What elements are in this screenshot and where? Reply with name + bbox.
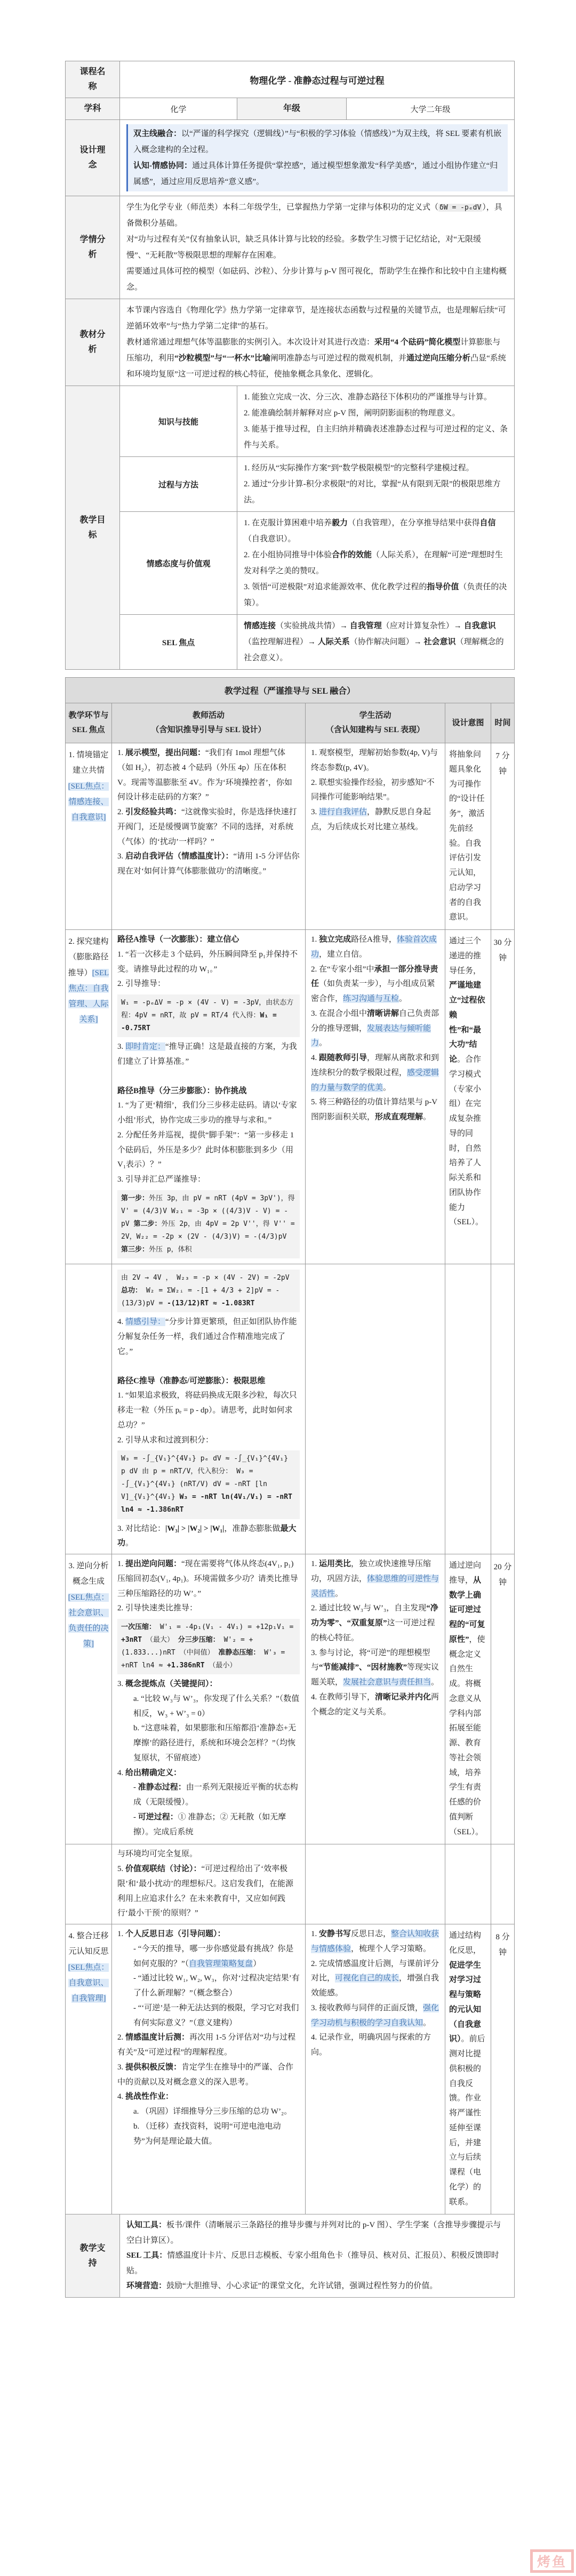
teacher-3-cell: 1. 提出逆向问题：“现在需要将气体从终态(4V₁, p₁)压缩回初态(V₁, … (112, 1554, 306, 1844)
teacher-3b-cell: 与环境均可完全复原。5. 价值观联结（讨论）：“可逆过程给出了‘效率极限’和‘最… (112, 1844, 306, 1924)
para: 环境营造：鼓励“大胆推导、小心求证”的课堂文化，允许试错，强调过程性努力的价值。 (126, 2278, 508, 2294)
para: 2. 探究建构（膨胀路径推导）[SEL焦点：自我管理、人际关系] (68, 934, 109, 1028)
goal-process-row: 过程与方法 1. 经历从“实际操作方案”到“数学极限模型”的完整科学建模过程。2… (66, 457, 515, 512)
teaching-support-label: 教学支持 (66, 2214, 120, 2298)
para: 2. 完成情感温度计后测，与课前评分对比，可视化自己的成长，增强自我效能感。 (311, 1957, 439, 2001)
teacher-2-cell: 路径A推导（一次膨胀）：建立信心1. “若一次移走 3 个砝码，外压瞬间降至 p… (112, 930, 306, 1264)
para: 路径B推导（分三步膨胀）：协作挑战 (117, 1084, 300, 1099)
para: 2. 引发经验共鸣：“这就像实验时，你是选择快速打开阀门，还是缓慢调节旋塞？不同… (117, 805, 300, 849)
para: 4. 整合迁移 元认知反思 [SEL焦点：自我意识、自我管理] (68, 1929, 109, 2007)
para: 1. 在克服计算困难中培养毅力（自我管理），在分享推导结果中获得自信（自我意识）… (244, 515, 508, 547)
intent-2-cell: 通过三个递进的推导任务，严谨地建立“过程依赖性”和“最大功”结论。合作学习模式（… (445, 930, 491, 1264)
goal-sel-label: SEL 焦点 (120, 615, 237, 670)
process-row-2: 2. 探究建构（膨胀路径推导）[SEL焦点：自我管理、人际关系] 路径A推导（一… (66, 930, 515, 1264)
para: 由 2V → 4V ， W₂₃ = -p × (4V - 2V) = -2pV … (117, 1270, 300, 1312)
para: 路径A推导（一次膨胀）：建立信心 (117, 933, 300, 948)
para: W₁ = -pₑΔV = -p × (4V - V) = -3pV，由状态方程：… (117, 994, 300, 1037)
process-header-row: 教学环节与 SEL 焦点 教师活动 （含知识推导引导与 SEL 设计） 学生活动… (66, 703, 515, 743)
para: 教材通常通过理想气体等温膨胀的实例引入。本次设计对其进行改造：采用“4 个砝码”… (126, 334, 508, 382)
lesson-plan-document: 课程名称 物理化学 - 准静态过程与可逆过程 学科 化学 年级 大学二年级 设计… (65, 61, 514, 2298)
para: 1. 独立完成路径A推导，体验首次成功，建立自信。 (311, 933, 439, 962)
para: 本节课内容选自《物理化学》热力学第一定律章节，是连接状态函数与过程量的关键节点，… (126, 302, 508, 334)
design-philosophy-cell: 双主线融合：以“严谨的科学探究（逻辑线）”与“积极的学习体验（情感线）”为双主线… (120, 120, 515, 196)
teaching-support-table: 教学支持 认知工具：板书/课件（清晰展示三条路径的推导步骤与并列对比的 p-V … (65, 2214, 515, 2298)
stage-3-cell: 3. 逆向分析 概念生成 [SEL焦点：社会意识、负责任的决策] (66, 1554, 112, 1844)
para: 4. 情感引导：“分步计算更繁琐，但正如团队协作能分解复杂任务一样，我们通过合作… (117, 1315, 300, 1359)
student-4-cell: 1. 安静书写反思日志，整合认知收获与情感体验，梳理个人学习策略。2. 完成情感… (306, 1924, 445, 2214)
para: 对“功与过程有关”仅有抽象认识，缺乏具体计算与比较的经验。多数学生习惯于记忆结论… (126, 231, 508, 263)
goal-affect-label: 情感态度与价值观 (120, 512, 237, 615)
para: 1. 安静书写反思日志，整合认知收获与情感体验，梳理个人学习策略。 (311, 1927, 439, 1957)
para: 3. 对比结论：|W₃| > |W₂| > |W₁|，准静态膨胀做最大功。 (117, 1522, 300, 1552)
para: 4. 跟随教师引导，理解从离散求和到连续积分的数学极限过程，感受逻辑的力量与数学… (311, 1051, 439, 1095)
para: - “‘可逆’是一种无法达到的极限，学习它对我们有何实际意义？”（意义建构） (117, 2001, 300, 2031)
time-3b-cell (491, 1844, 515, 1924)
para: 2. 引导推导： (117, 977, 300, 992)
para: 2. 分配任务并巡视，提供“脚手架”：“第一步移走 1 个砝码后，外压是多少？此… (117, 1128, 300, 1173)
subject-label: 学科 (66, 98, 120, 120)
process-row-3: 3. 逆向分析 概念生成 [SEL焦点：社会意识、负责任的决策] 1. 提出逆向… (66, 1554, 515, 1844)
time-2-value: 30 分钟 (492, 935, 513, 967)
watermark-seal-text: 烤鱼 (537, 2551, 567, 2571)
para: 4. 给出精确定义： (117, 1766, 300, 1781)
goal-process-cell: 1. 经历从“实际操作方案”到“数学极限模型”的完整科学建模过程。2. 通过“分… (237, 457, 515, 512)
teaching-support-cell: 认知工具：板书/课件（清晰展示三条路径的推导步骤与并列对比的 p-V 图）、学生… (120, 2214, 515, 2298)
student-3-cell: 1. 运用类比，独立或快速推导压缩功，巩固方法，体验思维的可逆性与灵活性。2. … (306, 1554, 445, 1844)
time-3-cell: 20 分钟 (491, 1554, 515, 1844)
process-row-2-continued: 由 2V → 4V ， W₂₃ = -p × (4V - 2V) = -2pV … (66, 1264, 515, 1554)
teaching-goals-label: 教学目标 (66, 386, 120, 670)
para: 1. 展示模型，提出问题：“我们有 1mol 理想气体（如 H₂），初态被 4 … (117, 746, 300, 805)
para: 3. 在混合小组中清晰讲解自己负责部分的推导逻辑，发展表达与倾听能力。 (311, 1007, 439, 1051)
teacher-2b-cell: 由 2V → 4V ， W₂₃ = -p × (4V - 2V) = -2pV … (112, 1264, 306, 1554)
teaching-support-row: 教学支持 认知工具：板书/课件（清晰展示三条路径的推导步骤与并列对比的 p-V … (66, 2214, 515, 2298)
student-1-cell: 1. 观察模型，理解初始参数(4p, V)与终态参数(p, 4V)。2. 联想实… (306, 743, 445, 930)
para: 2. 能准确绘制并解释对应 p-V 图，阐明阴影面积的物理意义。 (244, 405, 508, 421)
para: 与环境均可完全复原。 (117, 1847, 300, 1862)
intent-1-cell: 将抽象问题具象化为可操作的“设计任务”，激活先前经验。自我评估引发元认知，启动学… (445, 743, 491, 930)
para: 2. 通过“分步计算-积分求极限”的对比，掌握“从有限到无限”的极限思维方法。 (244, 476, 508, 508)
intent-3b-cell (445, 1844, 491, 1924)
header-stage: 教学环节与 SEL 焦点 (66, 703, 112, 743)
goal-sel-row: SEL 焦点 情感连接（实验挑战共情）→ 自我管理（应对计算复杂性）→ 自我意识… (66, 615, 515, 670)
para: 2. 情感温度计后测：再次用 1-5 分评估对“功与过程有关”及“可逆过程”的理… (117, 2031, 300, 2060)
material-analysis-row: 教材分析 本节课内容选自《物理化学》热力学第一定律章节，是连接状态函数与过程量的… (66, 299, 515, 386)
para: 1. 情境锚定 建立共情 [SEL焦点：情感连接、自我意识] (68, 748, 109, 825)
para: 2. 引导从求和过渡到积分： (117, 1433, 300, 1448)
goal-sel-cell: 情感连接（实验挑战共情）→ 自我管理（应对计算复杂性）→ 自我意识（监控理解进程… (237, 615, 515, 670)
time-1-cell: 7 分钟 (491, 743, 515, 930)
para: 3. 接收教师与同伴的正面反馈，强化学习动机与积极的学习自我认知。 (311, 2001, 439, 2031)
para: 3. 启动自我评估（情感温度计）：“请用 1-5 分评估你现在对‘如何计算气体膨… (117, 849, 300, 879)
goal-knowledge-label: 知识与技能 (120, 386, 237, 457)
lesson-info-table: 课程名称 物理化学 - 准静态过程与可逆过程 学科 化学 年级 大学二年级 设计… (65, 61, 515, 670)
para: 3. 逆向分析 概念生成 [SEL焦点：社会意识、负责任的决策] (68, 1559, 109, 1652)
para: 1. “若一次移走 3 个砝码，外压瞬间降至 p₁并保持不变。请推导此过程的功 … (117, 948, 300, 977)
para: 4. 在教师引导下，清晰记录并内化两个概念的定义与关系。 (311, 1690, 439, 1720)
para: 2. 在小组协同推导中体验合作的效能（人际关系），在理解“可逆”理想时生发对科学… (244, 547, 508, 579)
intent-2b-cell (445, 1264, 491, 1554)
para: 1. 能独立完成一次、分三次、准静态路径下体积功的严谨推导与计算。 (244, 389, 508, 405)
para: 情感连接（实验挑战共情）→ 自我管理（应对计算复杂性）→ 自我意识（监控理解进程… (244, 618, 508, 666)
student-2-cell: 1. 独立完成路径A推导，体验首次成功，建立自信。2. 在“专家小组”中承担一部… (306, 930, 445, 1264)
para: 3. 参与讨论，将“可逆”的理想模型与“节能减排”、“因材施教”等现实议题关联，… (311, 1646, 439, 1690)
header-time: 时间 (491, 703, 515, 743)
learner-analysis-cell: 学生为化学专业（师范类）本科二年级学生，已掌握热力学第一定律与体积功的定义式（δ… (120, 196, 515, 299)
para: a. “比较 W₃与 W’₃，你发现了什么关系？”（数值相反，W₃ + W’₃ … (117, 1692, 300, 1722)
para: 第一步：外压 3p，由 pV = nRT (4pV = 3pV')，得 V' =… (117, 1190, 300, 1258)
learner-analysis-row: 学情分析 学生为化学专业（师范类）本科二年级学生，已掌握热力学第一定律与体积功的… (66, 196, 515, 299)
para: 5. 将三种路径的功值计算结果与 p-V 图阴影面积关联，形成直观理解。 (311, 1095, 439, 1125)
design-philosophy-callout: 双主线融合：以“严谨的科学探究（逻辑线）”与“积极的学习体验（情感线）”为双主线… (126, 124, 508, 191)
para: 2. 在“专家小组”中承担一部分推导责任（如负责某一步），与小组成员紧密合作，练… (311, 962, 439, 1007)
para: 3. 引导并汇总严谨推导： (117, 1173, 300, 1187)
stage-1-cell: 1. 情境锚定 建立共情 [SEL焦点：情感连接、自我意识] (66, 743, 112, 930)
para: 2. 联想实验操作经验，初步感知“不同操作可能影响结果”。 (311, 776, 439, 806)
time-2b-cell (491, 1264, 515, 1554)
para: 3. 提供积极反馈：肯定学生在推导中的严谨、合作中的贡献以及对概念意义的深入思考… (117, 2060, 300, 2090)
time-3-value: 20 分钟 (492, 1560, 513, 1591)
header-design-intent: 设计意图 (445, 703, 491, 743)
para: 双主线融合：以“严谨的科学探究（逻辑线）”与“积极的学习体验（情感线）”为双主线… (133, 126, 502, 158)
intent-4-cell: 通过结构化反思，促进学生对学习过程与策略的元认知（自我意识）。前后测对比提供积极… (445, 1924, 491, 2214)
para: 3. 概念提炼点（关键提问）： (117, 1677, 300, 1692)
header-teacher-activity: 教师活动 （含知识推导引导与 SEL 设计） (112, 703, 306, 743)
para: 认知工具：板书/课件（清晰展示三条路径的推导步骤与并列对比的 p-V 图）、学生… (126, 2218, 508, 2248)
time-2-cell: 30 分钟 (491, 930, 515, 1264)
para: 一次压缩： W'₁ = -4p₁(V₁ - 4V₁) = +12p₁V₁ = +… (117, 1619, 300, 1674)
para: 学生为化学专业（师范类）本科二年级学生，已掌握热力学第一定律与体积功的定义式（δ… (126, 199, 508, 231)
student-3b-cell (306, 1844, 445, 1924)
para: b. “这意味着，如果膨胀和压缩都沿‘准静态+无摩擦’的路径进行，系统和环境会怎… (117, 1721, 300, 1766)
material-analysis-cell: 本节课内容选自《物理化学》热力学第一定律章节，是连接状态函数与过程量的关键节点，… (120, 299, 515, 386)
para: 3. 即时肯定：“推导正确！这是最直接的方案，为我们建立了计算基准。” (117, 1040, 300, 1070)
para: 1. “为了更‘精细’，我们分三步移走砝码。请以‘专家小组’形式，协作完成三步功… (117, 1098, 300, 1128)
para: - “通过比较 W₁, W₂, W₃，你对‘过程决定结果’有了什么新理解？”（概… (117, 1971, 300, 2001)
student-2b-cell (306, 1264, 445, 1554)
header-student-activity: 学生活动 （含认知建构与 SEL 表现） (306, 703, 445, 743)
para: 需要通过具体可控的模型（如砝码、沙粒）、分步计算与 p-V 图可视化，帮助学生在… (126, 263, 508, 295)
para (117, 1070, 300, 1084)
subject-value: 化学 (120, 98, 237, 120)
para: 1. 提出逆向问题：“现在需要将气体从终态(4V₁, p₁)压缩回初态(V₁, … (117, 1557, 300, 1601)
grade-label: 年级 (237, 98, 347, 120)
stage-2-cell: 2. 探究建构（膨胀路径推导）[SEL焦点：自我管理、人际关系] (66, 930, 112, 1264)
course-name-value: 物理化学 - 准静态过程与可逆过程 (120, 61, 515, 98)
para: 将抽象问题具象化为可操作的“设计任务”，激活先前经验。自我评估引发元认知，启动学… (449, 748, 487, 925)
intent-3-cell: 通过逆向推导，从数学上确证可逆过程的“可复原性”，使概念定义自然生成。将概念意义… (445, 1554, 491, 1844)
goal-knowledge-cell: 1. 能独立完成一次、分三次、准静态路径下体积功的严谨推导与计算。2. 能准确绘… (237, 386, 515, 457)
para: b. （迁移）查找资料，说明“可逆电池电动势”为何是理论最大值。 (117, 2120, 300, 2149)
subject-grade-row: 学科 化学 年级 大学二年级 (66, 98, 515, 120)
watermark-seal: 烤鱼 (530, 2549, 574, 2573)
time-4-cell: 8 分钟 (491, 1924, 515, 2214)
grade-value: 大学二年级 (347, 98, 515, 120)
para: 4. 记录作业，明确巩固与探索的方向。 (311, 2031, 439, 2060)
para: 3. 能基于推导过程，自主归纳并精确表述准静态过程与可逆过程的定义、条件与关系。 (244, 421, 508, 453)
process-title: 教学过程（严谨推导与 SEL 融合） (66, 678, 515, 703)
process-title-row: 教学过程（严谨推导与 SEL 融合） (66, 678, 515, 703)
design-philosophy-label: 设计理念 (66, 120, 120, 196)
process-row-1: 1. 情境锚定 建立共情 [SEL焦点：情感连接、自我意识] 1. 展示模型，提… (66, 743, 515, 930)
para: 认知-情感协同：通过具体计算任务提供“掌控感”，通过模型想象激发“科学美感”，通… (133, 158, 502, 190)
time-1-value: 7 分钟 (492, 749, 513, 780)
para (117, 1360, 300, 1374)
para: 4. 挑战性作业： (117, 2090, 300, 2105)
para: 3. 领悟“可逆极限”对追求能源效率、优化教学过程的指导价值（负责任的决策）。 (244, 579, 508, 611)
learner-analysis-label: 学情分析 (66, 196, 120, 299)
para: SEL 工具：情感温度计卡片、反思日志模板、专家小组角色卡（推导员、核对员、汇报… (126, 2248, 508, 2278)
para: - “今天的推导，哪一步你感觉最有挑战？你是如何克服的？”（自我管理策略复盘） (117, 1942, 300, 1972)
para: 1. 经历从“实际操作方案”到“数学极限模型”的完整科学建模过程。 (244, 460, 508, 476)
course-name-row: 课程名称 物理化学 - 准静态过程与可逆过程 (66, 61, 515, 98)
para: 1. 运用类比，独立或快速推导压缩功，巩固方法，体验思维的可逆性与灵活性。 (311, 1557, 439, 1601)
time-4-value: 8 分钟 (492, 1930, 513, 1961)
teaching-process-table: 教学过程（严谨推导与 SEL 融合） 教学环节与 SEL 焦点 教师活动 （含知… (65, 677, 515, 2214)
goal-affect-row: 情感态度与价值观 1. 在克服计算困难中培养毅力（自我管理），在分享推导结果中获… (66, 512, 515, 615)
para: 5. 价值观联结（讨论）：“可逆过程给出了‘效率极限’和‘最小扰动’的理想标尺。… (117, 1862, 300, 1921)
stage-2b-cell (66, 1264, 112, 1554)
para: 2. 引导快速类比推导： (117, 1601, 300, 1616)
goal-process-label: 过程与方法 (120, 457, 237, 512)
course-name-label: 课程名称 (66, 61, 120, 98)
stage-4-cell: 4. 整合迁移 元认知反思 [SEL焦点：自我意识、自我管理] (66, 1924, 112, 2214)
goal-knowledge-row: 教学目标 知识与技能 1. 能独立完成一次、分三次、准静态路径下体积功的严谨推导… (66, 386, 515, 457)
process-row-3-continued: 与环境均可完全复原。5. 价值观联结（讨论）：“可逆过程给出了‘效率极限’和‘最… (66, 1844, 515, 1924)
para: 1. “如果追求极致，将砝码换成无限多沙粒，每次只移走一粒（外压 pₑ = p … (117, 1389, 300, 1433)
goal-affect-cell: 1. 在克服计算困难中培养毅力（自我管理），在分享推导结果中获得自信（自我意识）… (237, 512, 515, 615)
para: 通过三个递进的推导任务，严谨地建立“过程依赖性”和“最大功”结论。合作学习模式（… (449, 934, 487, 1230)
stage-3b-cell (66, 1844, 112, 1924)
teacher-1-cell: 1. 展示模型，提出问题：“我们有 1mol 理想气体（如 H₂），初态被 4 … (112, 743, 306, 930)
design-philosophy-row: 设计理念 双主线融合：以“严谨的科学探究（逻辑线）”与“积极的学习体验（情感线）… (66, 120, 515, 196)
para: - 准静态过程：由一系列无限接近平衡的状态构成（无限缓慢）。 (117, 1780, 300, 1810)
para: 2. 通过比较 W₃与 W’₃，自主发现“净功为零”、“双重复原”这一可逆过程的… (311, 1601, 439, 1646)
para: a. （巩固）详细推导分三步压缩的总功 W’₂。 (117, 2105, 300, 2120)
process-row-4: 4. 整合迁移 元认知反思 [SEL焦点：自我意识、自我管理] 1. 个人反思日… (66, 1924, 515, 2214)
para: 通过结构化反思，促进学生对学习过程与策略的元认知（自我意识）。前后测对比提供积极… (449, 1929, 487, 2210)
para: - 可逆过程：① 准静态；② 无耗散（如无摩擦）。完成后系统 (117, 1810, 300, 1840)
para: W₃ = -∫_{V₁}^{4V₁} pₑ dV ≈ -∫_{V₁}^{4V₁}… (117, 1450, 300, 1519)
material-analysis-label: 教材分析 (66, 299, 120, 386)
para: 1. 观察模型，理解初始参数(4p, V)与终态参数(p, 4V)。 (311, 746, 439, 776)
para: 3. 进行自我评估，静默反思自身起点，为后续成长对比建立基线。 (311, 805, 439, 835)
teacher-4-cell: 1. 个人反思日志（引导问题）：- “今天的推导，哪一步你感觉最有挑战？你是如何… (112, 1924, 306, 2214)
para: 1. 个人反思日志（引导问题）： (117, 1927, 300, 1942)
para: 路径C推导（准静态/可逆膨胀）：极限思维 (117, 1374, 300, 1389)
para: 通过逆向推导，从数学上确证可逆过程的“可复原性”，使概念定义自然生成。将概念意义… (449, 1559, 487, 1840)
